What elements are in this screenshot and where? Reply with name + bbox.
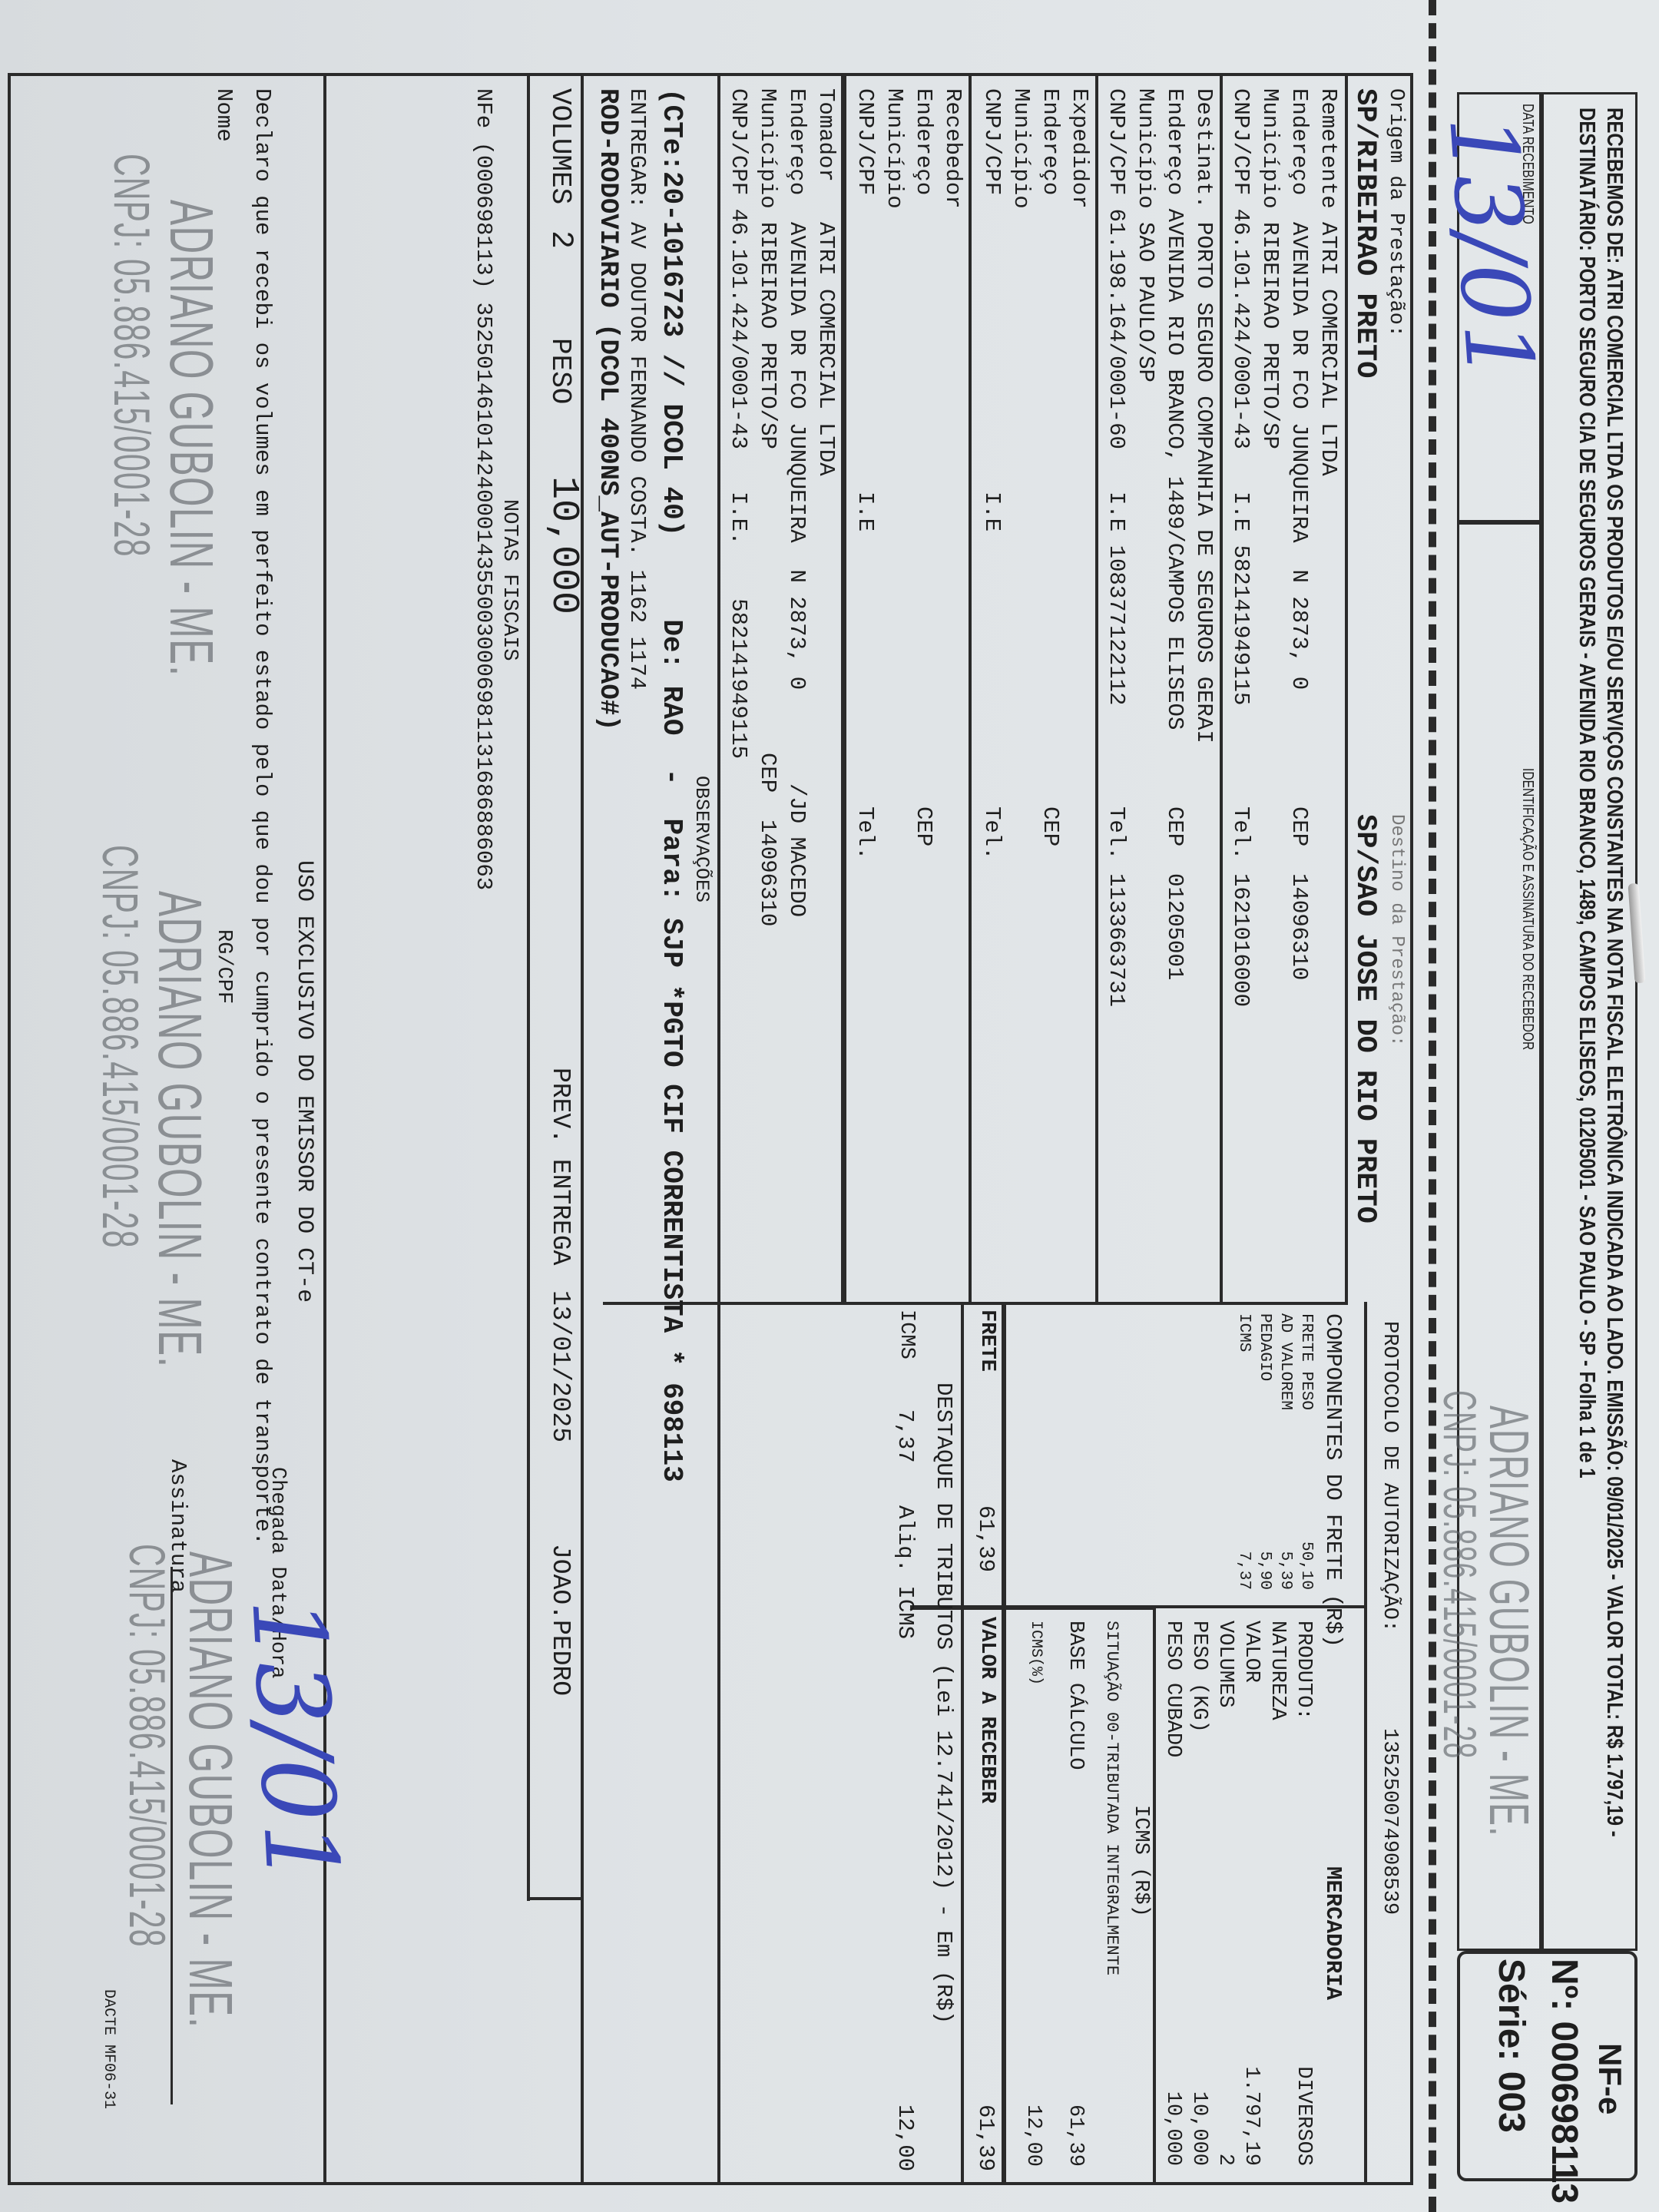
expedidor-tel-label: Tel. — [977, 806, 1006, 860]
divider-volumes-v — [530, 1897, 584, 1900]
remetente-endereco-label: Endereço — [1286, 88, 1312, 195]
tomador-name: ATRI COMERCIAL LTDA — [813, 222, 839, 476]
tomador-bairro: /JD MACEDO — [782, 783, 811, 917]
destinatario-endereco-label: Endereço — [1162, 88, 1187, 195]
destino-label: Destino da Prestação: — [1386, 814, 1407, 1046]
frete-component-value: 50,10 — [1297, 1505, 1315, 1590]
destinatario-tel-label: Tel. — [1104, 806, 1129, 860]
destinatario-label: Destinat. — [1191, 88, 1217, 209]
mercadoria-row-value: 2 — [1214, 1982, 1237, 2166]
tributos-aliq-label: Aliq. ICMS — [892, 1505, 918, 1639]
tributos-icms-label: ICMS — [895, 1310, 918, 1359]
destinatario-municipio-label: Município — [1133, 88, 1158, 209]
remetente-label: Remetente — [1316, 88, 1341, 209]
stamp-cnpj-mid: CNPJ: 05.886.415/0001-28 — [91, 845, 150, 1249]
divider-observacoes — [581, 73, 584, 2185]
volumes-label: VOLUMES — [545, 88, 575, 204]
expedidor-ie-label: I.E — [977, 492, 1006, 531]
divider-tomador — [717, 73, 720, 2185]
tributos-icms-value: 7,37 — [892, 1409, 918, 1463]
handwritten-date-top: 13/01 — [1428, 112, 1553, 385]
expedidor-endereco-label: Endereço — [1035, 88, 1065, 195]
divider-valor-receber — [1002, 1302, 1006, 2185]
notas-nfe-line: NFe (000698113) 352501461014240001435500… — [469, 88, 498, 890]
mercadoria-row-label: VOLUMES — [1214, 1621, 1237, 1707]
icms-base-label: BASE CÁLCULO — [1064, 1621, 1087, 1770]
prev-entrega-value: 13/01/2025 — [545, 1290, 575, 1442]
destinatario-name: PORTO SEGURO COMPANHIA DE SEGUROS GERAI — [1191, 222, 1217, 743]
divider-valor-v — [964, 1605, 1006, 1608]
remetente-cep-label: CEP — [1286, 806, 1312, 846]
frete-total-label: FRETE — [975, 1310, 998, 1372]
destinatario-cnpj: 61.198.164/0001-60 — [1104, 209, 1129, 449]
divider-protocolo — [1364, 1302, 1367, 2185]
recebedor-cep-label: CEP — [909, 806, 938, 846]
stamp-cnpj-right: CNPJ: 05.886.415/0001-28 — [118, 1544, 177, 1948]
prev-entrega-label: PREV. ENTREGA — [545, 1068, 575, 1265]
frete-component-label: AD VALOREM — [1277, 1313, 1294, 1410]
mercadoria-row-value: 10,000 — [1161, 1982, 1184, 2166]
valor-receber-value: 61,39 — [973, 2104, 998, 2171]
observacoes-line-2: ENTREGAR: AV DOUTOR FERNANDO COSTA. 1162… — [622, 88, 651, 690]
dacte-document: RECEBEMOS DE: ATRI COMERCIAL LTDA OS PRO… — [0, 0, 1659, 2212]
operator-name: JOAO.PEDRO — [545, 1544, 575, 1696]
remetente-endereco: AVENIDA DR FCO JUNQUEIRA N 2873, 0 — [1286, 222, 1312, 690]
volumes-value: 2 — [545, 230, 575, 249]
frete-component-label: FRETE PESO — [1297, 1313, 1315, 1410]
tomador-endereco: AVENIDA DR FCO JUNQUEIRA N 2873, 0 — [784, 222, 810, 690]
divider-remetente — [1220, 73, 1223, 1302]
protocolo-label: PROTOCOLO DE AUTORIZAÇÃO: — [1378, 1321, 1401, 1632]
observacoes-title: OBSERVAÇÕES — [690, 776, 713, 902]
destinatario-cnpj-label: CNPJ/CPF — [1104, 88, 1129, 195]
frete-title: COMPONENTES DO FRETE (R$) — [1320, 1313, 1346, 1647]
destinatario-cep-label: CEP — [1162, 806, 1187, 846]
tomador-municipio-label: Município — [755, 88, 780, 209]
expedidor-cnpj-label: CNPJ/CPF — [977, 88, 1006, 195]
mercadoria-row-label: VALOR — [1240, 1621, 1263, 1683]
destino-value: SP/SAO JOSE DO RIO PRETO — [1349, 814, 1381, 1224]
tomador-cnpj: 46.101.424/0001-43 — [726, 209, 751, 449]
peso-value: 10,000 — [548, 476, 578, 614]
valor-receber-label: VALOR A RECEBER — [975, 1617, 998, 1803]
tributos-aliq-value: 12,00 — [892, 2104, 918, 2171]
form-code: DACTE MF06-31 — [94, 1989, 123, 2109]
tomador-cep-label: CEP — [755, 753, 780, 793]
destinatario-municipio: SAO PAULO/SP — [1133, 222, 1158, 382]
remetente-ie: 582141949115 — [1228, 545, 1253, 706]
icms-title: ICMS (R$) — [1129, 1805, 1152, 1917]
frete-component-value: 5,90 — [1256, 1505, 1273, 1590]
stamp-name-mid: ADRIANO GUBOLIN - ME. — [144, 891, 215, 1368]
uso-exclusivo: USO EXCLUSIVO DO EMISSOR DO CT-e — [290, 860, 319, 1303]
recebedor-label: Recebedor — [938, 88, 967, 209]
stamp-name-left: ADRIANO GUBOLIN - ME. — [156, 200, 227, 677]
nfe-serie: Série: 003 — [1490, 1959, 1532, 2133]
origem-value: SP/RIBEIRAO PRETO — [1349, 88, 1381, 378]
tomador-ie: 582141949115 — [726, 598, 751, 759]
nfe-title: NF-e — [1591, 2043, 1628, 2114]
destinatario-tel: 1133663731 — [1104, 873, 1129, 1007]
origem-label: Origem da Prestação: — [1384, 88, 1407, 337]
tributos-title: DESTAQUE DE TRIBUTOS (Lei 12.741/2012) -… — [931, 1382, 956, 2024]
remetente-tel: 1621016000 — [1228, 873, 1253, 1007]
frete-component-label: PEDAGIO — [1256, 1313, 1273, 1381]
divider-route-v — [603, 1302, 1348, 1305]
stamp-cnpj-top: CNPJ: 05.886.415/0001-28 — [1433, 1390, 1486, 1760]
icms-situacao: SITUAÇÃO 00-TRIBUTADA INTEGRALMENTE — [1102, 1621, 1121, 1975]
remetente-name: ATRI COMERCIAL LTDA — [1316, 222, 1341, 476]
mercadoria-row-label: PRODUTO: — [1292, 1621, 1315, 1720]
mercadoria-row-value: 10,000 — [1187, 1982, 1210, 2166]
mercadoria-title: MERCADORIA — [1320, 1866, 1346, 2000]
nome-label: Nome — [209, 88, 238, 142]
expedidor-municipio-label: Município — [1006, 88, 1035, 209]
icms-aliq-label: ICMS(%) — [1027, 1621, 1045, 1685]
mercadoria-row-value: 1.797,19 — [1240, 1982, 1263, 2166]
divider-tributos — [961, 1302, 964, 2185]
notas-title: NOTAS FISCAIS — [495, 499, 524, 661]
recebedor-municipio-label: Município — [879, 88, 909, 209]
protocolo-value: 135250074908539 — [1378, 1728, 1401, 1915]
divider-recebedor — [841, 73, 846, 1302]
destinatario-ie: 108377122112 — [1104, 545, 1129, 706]
mercadoria-row-label: PESO (KG) — [1187, 1621, 1210, 1733]
divider-mercadoria — [1153, 1609, 1156, 2185]
mercadoria-row-value: DIVERSOS — [1292, 1982, 1315, 2166]
receipt-line-2: DESTINATÁRIO: PORTO SEGURO CIA DE SEGURO… — [1574, 108, 1599, 1479]
remetente-tel-label: Tel. — [1228, 806, 1253, 860]
frete-component-label: ICMS — [1235, 1313, 1253, 1352]
remetente-ie-label: I.E — [1228, 492, 1253, 531]
tomador-municipio: RIBEIRAO PRETO/SP — [755, 222, 780, 449]
recebedor-endereco-label: Endereço — [909, 88, 938, 195]
expedidor-cep-label: CEP — [1035, 806, 1065, 846]
divider-volumes — [527, 73, 530, 1901]
recebedor-cnpj-label: CNPJ/CPF — [850, 88, 879, 195]
receipt-line-1: RECEBEMOS DE: ATRI COMERCIAL LTDA OS PRO… — [1601, 108, 1627, 1837]
tomador-label: Tomador — [813, 88, 839, 182]
divider-route — [1345, 73, 1348, 1302]
frete-total-value: 61,39 — [973, 1505, 998, 1572]
remetente-cnpj-label: CNPJ/CPF — [1228, 88, 1253, 195]
tomador-cep: 14096310 — [755, 820, 780, 926]
recebedor-tel-label: Tel. — [850, 806, 879, 860]
stamp-name-top: ADRIANO GUBOLIN - ME. — [1477, 1406, 1540, 1837]
icms-base-value: 61,39 — [1064, 2104, 1087, 2167]
mercadoria-row-label: PESO CUBADO — [1161, 1621, 1184, 1757]
remetente-municipio-label: Município — [1257, 88, 1283, 209]
tomador-cnpj-label: CNPJ/CPF — [726, 88, 751, 195]
recebedor-ie-label: I.E — [850, 492, 879, 531]
destinatario-endereco: AVENIDA RIO BRANCO, 1489/CAMPOS ELISEOS — [1162, 209, 1187, 730]
remetente-municipio: RIBEIRAO PRETO/SP — [1257, 222, 1283, 449]
remetente-cep: 14096310 — [1286, 873, 1312, 980]
divider-expedidor — [969, 73, 972, 1302]
peso-label: PESO — [545, 338, 575, 404]
observacoes-line-3: ROD-RODOVIARIO (DCOL 400NS_AUT-PRODUCAO#… — [593, 88, 622, 731]
destinatario-cep: 01205001 — [1162, 873, 1187, 980]
identificacao-label: IDENTIFICAÇÃO E ASSINATURA DO RECEBEDOR — [1518, 768, 1536, 1050]
nfe-number: Nº: 000698113 — [1543, 1959, 1585, 2204]
divider-destinatario — [1095, 73, 1098, 1302]
observacoes-line-1: (CTe:20-1016723 // DCOL 40) De: RAO - Pa… — [654, 88, 688, 1482]
expedidor-label: Expedidor — [1065, 88, 1094, 209]
frete-component-value: 7,37 — [1235, 1505, 1253, 1590]
tomador-endereco-label: Endereço — [784, 88, 810, 195]
destinatario-ie-label: I.E — [1104, 492, 1129, 531]
declaro-text: Declaro que recebi os volumes em perfeit… — [247, 88, 276, 1545]
tomador-ie-label: I.E. — [726, 492, 751, 545]
stamp-cnpj-left: CNPJ: 05.886.415/0001-28 — [103, 154, 161, 558]
mercadoria-row-label: NATUREZA — [1266, 1621, 1289, 1720]
perforation-line — [1429, 0, 1436, 2212]
icms-aliq-value: 12,00 — [1022, 2104, 1045, 2167]
handwritten-date-bottom: 13/01 — [229, 1594, 360, 1888]
frete-component-value: 5,39 — [1277, 1505, 1294, 1590]
remetente-cnpj: 46.101.424/0001-43 — [1228, 209, 1253, 449]
